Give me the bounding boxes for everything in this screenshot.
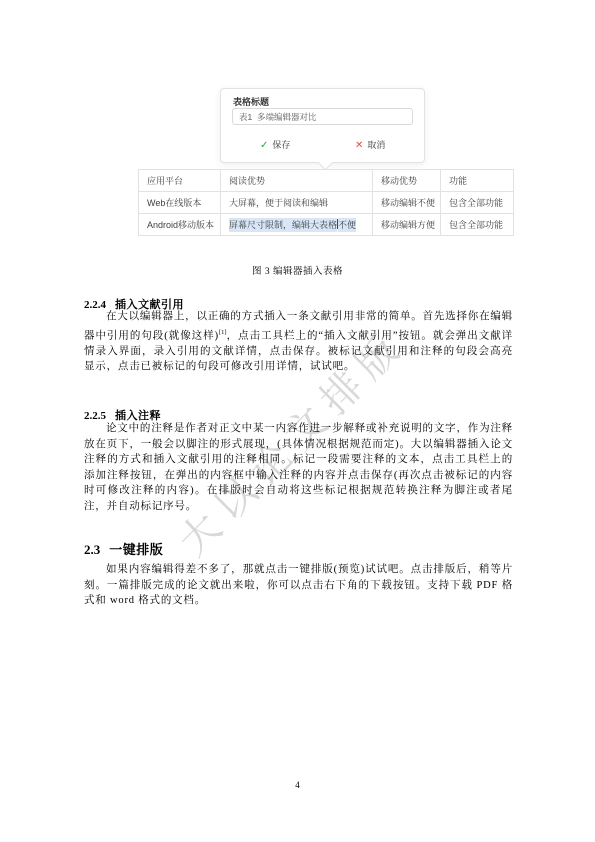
table-cell[interactable]: 包含全部功能 xyxy=(441,192,514,214)
save-button[interactable]: ✓保存 xyxy=(260,138,290,151)
close-icon: ✕ xyxy=(355,140,363,151)
header-cell-mobile[interactable]: 移动优势 xyxy=(373,170,441,192)
section-heading-one-click-format: 2.3一键排版 xyxy=(84,539,163,558)
header-cell-features[interactable]: 功能 xyxy=(441,170,514,192)
header-cell-platform[interactable]: 应用平台 xyxy=(139,170,221,192)
cancel-button[interactable]: ✕取消 xyxy=(355,138,385,151)
table-cell[interactable]: 移动编辑方便 xyxy=(373,214,441,236)
section-number: 2.3 xyxy=(84,542,100,557)
paragraph-insert-citation: 在大以编辑器上，以正确的方式插入一条文献引用非常的简单。首先选择你在编辑器中引用… xyxy=(84,309,513,375)
save-button-label: 保存 xyxy=(272,140,290,150)
table-header-row: 应用平台 阅读优势 移动优势 功能 xyxy=(139,170,514,192)
table-cell[interactable]: 包含全部功能 xyxy=(441,214,514,236)
selected-text: 不便 xyxy=(338,218,356,232)
table-title-input[interactable] xyxy=(232,108,413,125)
table-cell[interactable]: Android移动版本 xyxy=(139,214,221,236)
selected-text: 屏幕尺寸限制，编辑大表格 xyxy=(229,218,337,232)
popup-pointer-arrow xyxy=(318,155,334,171)
table-cell-editing[interactable]: 屏幕尺寸限制，编辑大表格不便 xyxy=(221,214,373,236)
document-page: 大以论文排版 表格标题 ✓保存 ✕取消 应用平台 阅读优势 移动优势 功能 xyxy=(0,0,595,842)
table-cell[interactable]: Web在线版本 xyxy=(139,192,221,214)
table-cell[interactable]: 移动编辑不便 xyxy=(373,192,441,214)
page-number: 4 xyxy=(0,780,595,790)
figure-caption: 图 3 编辑器插入表格 xyxy=(0,263,595,277)
paragraph-insert-note: 论文中的注释是作者对正文中某一内容作进一步解释或补充说明的文字，作为注释放在页下… xyxy=(84,421,513,515)
header-cell-reading[interactable]: 阅读优势 xyxy=(221,170,373,192)
table-title-popup: 表格标题 ✓保存 ✕取消 xyxy=(220,88,425,163)
comparison-table: 应用平台 阅读优势 移动优势 功能 Web在线版本 大屏幕，便于阅读和编辑 移动… xyxy=(138,169,514,236)
table-row-web: Web在线版本 大屏幕，便于阅读和编辑 移动编辑不便 包含全部功能 xyxy=(139,192,514,214)
cancel-button-label: 取消 xyxy=(367,140,385,150)
paragraph-one-click-format: 如果内容编辑得差不多了，那就点击一键排版(预览)试试吧。点击排版后，稍等片刻。一… xyxy=(84,562,513,609)
table-row-android: Android移动版本 屏幕尺寸限制，编辑大表格不便 移动编辑方便 包含全部功能 xyxy=(139,214,514,236)
table-cell[interactable]: 大屏幕，便于阅读和编辑 xyxy=(221,192,373,214)
table-title-label: 表格标题 xyxy=(233,95,269,108)
check-icon: ✓ xyxy=(260,140,268,151)
section-title: 一键排版 xyxy=(109,542,163,557)
citation-marker: [1] xyxy=(219,329,227,336)
